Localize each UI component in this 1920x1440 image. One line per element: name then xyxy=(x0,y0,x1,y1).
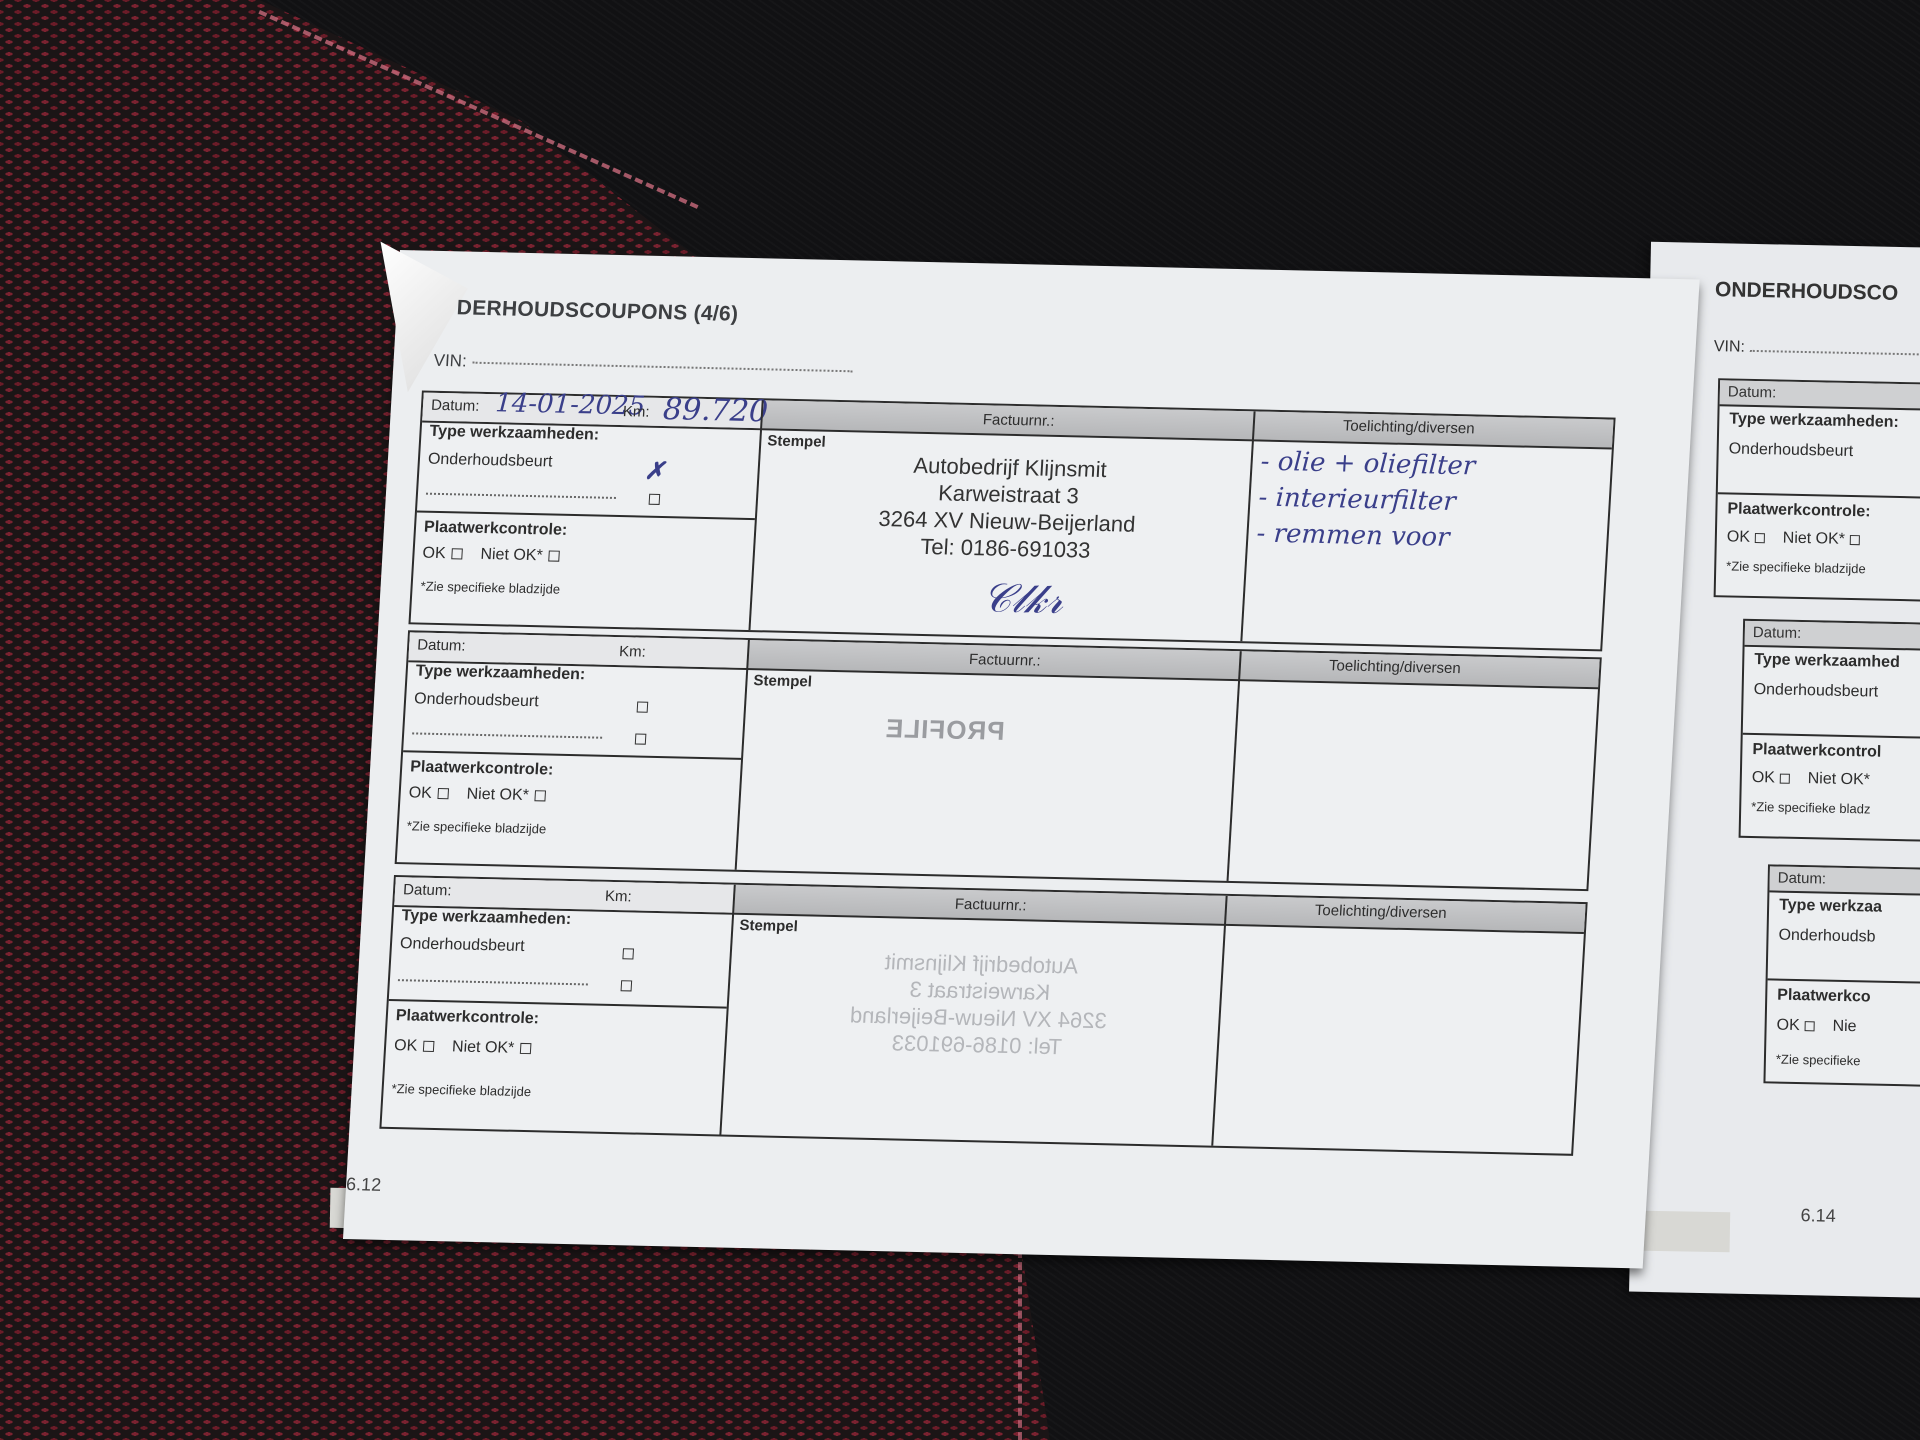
niet-ok-label: Niet OK* xyxy=(466,786,529,804)
ok-label: OK xyxy=(394,1037,418,1055)
toelichting-label: Toelichting/diversen xyxy=(1342,417,1475,437)
onderhoudsbeurt-label: Onderhoudsbeurt xyxy=(414,690,540,711)
footnote: *Zie specifieke bladz xyxy=(1751,799,1871,816)
other-checkbox[interactable] xyxy=(621,980,633,991)
km-value[interactable]: 89.720 xyxy=(662,392,769,429)
niet-ok-label: Niet OK* xyxy=(452,1038,515,1056)
coupon-3: Datum: Km: Factuurnr.: Toelichting/diver… xyxy=(379,875,1587,1156)
booklet-page-left: DERHOUDSCOUPONS (4/6) VIN: Datum: 14-01-… xyxy=(343,250,1700,1268)
notes-handwritten: - olie + oliefilter - interieurfilter - … xyxy=(1256,444,1477,557)
onderhoudsbeurt-label: Onderhoudsb xyxy=(1778,927,1875,947)
onderhoudsbeurt-label: Onderhoudsbeurt xyxy=(399,935,525,956)
stempel-label: Stempel xyxy=(739,917,798,935)
ok-label: OK xyxy=(1776,1017,1799,1034)
datum-label: Datum: xyxy=(1769,866,1920,898)
vin-field[interactable] xyxy=(473,361,853,372)
factuurnr-label: Factuurnr.: xyxy=(969,651,1042,670)
ok-checkbox[interactable] xyxy=(438,788,450,799)
onderhoudsbeurt-checkbox[interactable] xyxy=(637,701,649,712)
ghost-stamp-profile: PROFILE xyxy=(884,713,1005,747)
vin-label: VIN: xyxy=(433,351,467,371)
signature: 𝒞𝓁𝓀𝓇 xyxy=(981,575,1064,623)
ok-label: OK xyxy=(1752,769,1775,786)
onderhoudsbeurt-label: Onderhoudsbeurt xyxy=(427,451,553,472)
type-label: Type werkzaa xyxy=(1779,897,1882,917)
niet-ok-label: Niet OK* xyxy=(1783,530,1846,548)
toelichting-label: Toelichting/diversen xyxy=(1314,902,1447,922)
ghost-stamp-mirrored: Autobedrijf Klijnsmit Karweistraat 3 326… xyxy=(766,946,1192,1063)
niet-ok-checkbox[interactable] xyxy=(535,790,547,801)
niet-ok-checkbox[interactable] xyxy=(520,1043,532,1054)
ok-checkbox[interactable] xyxy=(423,1041,435,1052)
ok-checkbox[interactable] xyxy=(1805,1021,1815,1031)
factuurnr-label: Factuurnr.: xyxy=(954,896,1027,915)
plaatwerk-label: Plaatwerkcontrole: xyxy=(395,1007,539,1028)
footnote: *Zie specifieke bladzijde xyxy=(391,1081,531,1099)
ok-checkbox[interactable] xyxy=(1755,533,1765,543)
footnote: *Zie specifieke bladzijde xyxy=(1726,558,1866,576)
ok-checkbox[interactable] xyxy=(1780,773,1790,783)
footnote: *Zie specifieke bladzijde xyxy=(406,818,546,836)
ok-label: OK xyxy=(1727,528,1750,545)
seat-stitching-lower xyxy=(1018,1250,1022,1440)
footnote: *Zie specifieke bladzijde xyxy=(420,579,560,597)
onderhoudsbeurt-checkbox[interactable] xyxy=(622,948,634,959)
other-checkbox[interactable] xyxy=(635,733,647,744)
ok-label: OK xyxy=(408,784,432,802)
plaatwerk-label: Plaatwerkcontrole: xyxy=(1727,500,1871,521)
datum-label[interactable]: Datum: xyxy=(403,881,452,899)
garage-stamp: Autobedrijf Klijnsmit Karweistraat 3 326… xyxy=(795,449,1221,566)
type-label: Type werkzaamheden: xyxy=(429,423,600,445)
datum-label: Datum: xyxy=(1745,621,1920,653)
niet-ok-label: Niet OK* xyxy=(480,546,543,564)
plaatwerk-label: Plaatwerkcontrole: xyxy=(410,758,554,779)
km-label[interactable]: Km: xyxy=(604,888,632,906)
datum-label[interactable]: Datum: xyxy=(417,637,466,655)
ok-checkbox[interactable] xyxy=(451,549,463,560)
datum-label: Datum: xyxy=(1720,380,1920,412)
type-label: Type werkzaamheden: xyxy=(1729,410,1899,432)
vin-label: VIN: xyxy=(1714,338,1920,361)
plaatwerk-label: Plaatwerkcontrol xyxy=(1752,741,1881,762)
type-label: Type werkzaamheden: xyxy=(415,662,586,684)
type-label: Type werkzaamheden: xyxy=(401,907,572,929)
stempel-label: Stempel xyxy=(753,672,812,690)
km-label: Km: xyxy=(622,403,650,421)
ok-label: OK xyxy=(422,545,446,563)
onderhoudsbeurt-label: Onderhoudsbeurt xyxy=(1729,440,1854,461)
stempel-label: Stempel xyxy=(767,432,826,450)
coupon-right-3: Datum: Type werkzaa Onderhoudsb Plaatwer… xyxy=(1763,864,1920,1089)
vin-row: VIN: xyxy=(433,351,884,381)
plaatwerk-label: Plaatwerkcontrole: xyxy=(424,519,568,540)
page-number: 6.14 xyxy=(1800,1205,1835,1227)
plaatwerk-label: Plaatwerkco xyxy=(1777,987,1871,1007)
niet-ok-checkbox[interactable] xyxy=(1850,535,1860,545)
datum-label: Datum: xyxy=(431,397,480,415)
footnote: *Zie specifieke xyxy=(1776,1052,1861,1069)
type-label: Type werkzaamhed xyxy=(1754,651,1900,672)
coupon-2: Datum: Km: Factuurnr.: Toelichting/diver… xyxy=(395,630,1602,891)
coupon-right-1: Datum: Type werkzaamheden: Onderhoudsbeu… xyxy=(1714,378,1920,603)
coupon-1: Datum: 14-01-2025 Km: 89.720 Factuurnr.:… xyxy=(408,391,1615,652)
page-title: ONDERHOUDSCO xyxy=(1715,278,1899,306)
page-number: 6.12 xyxy=(346,1174,382,1196)
onderhoudsbeurt-label: Onderhoudsbeurt xyxy=(1753,681,1878,702)
coupon-right-2: Datum: Type werkzaamhed Onderhoudsbeurt … xyxy=(1739,619,1920,844)
toelichting-label: Toelichting/diversen xyxy=(1329,657,1462,677)
niet-ok-label: Niet OK* xyxy=(1808,770,1871,788)
onderhoudsbeurt-checkbox-checked[interactable]: ✗ xyxy=(644,456,666,485)
niet-ok-checkbox[interactable] xyxy=(548,551,560,562)
factuurnr-label: Factuurnr.: xyxy=(982,411,1055,430)
niet-ok-label: Nie xyxy=(1832,1018,1856,1035)
page-title: DERHOUDSCOUPONS (4/6) xyxy=(456,296,739,326)
km-label[interactable]: Km: xyxy=(619,643,647,661)
other-checkbox[interactable] xyxy=(649,494,661,505)
